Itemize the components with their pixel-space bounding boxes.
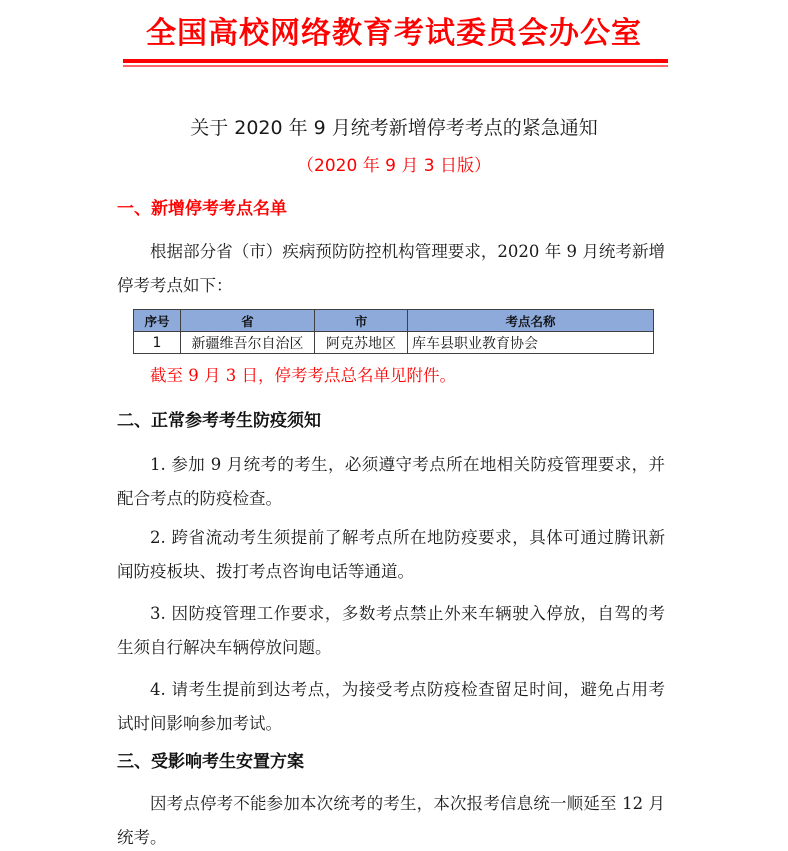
cell-site-name: 库车县职业教育协会: [408, 332, 654, 354]
prevention-item-1: 1. 参加 9 月统考的考生，必须遵守考点所在地相关防疫管理要求，并配合考点的防…: [117, 448, 665, 516]
prevention-item-4: 4. 请考生提前到达考点，为接受考点防疫检查留足时间，避免占用考试时间影响参加考…: [117, 673, 665, 741]
section-heading-closed-sites: 一、新增停考考点名单: [117, 196, 287, 222]
cell-city: 阿克苏地区: [315, 332, 408, 354]
prevention-item-2: 2. 跨省流动考生须提前了解考点所在地防疫要求，具体可通过腾讯新闻防疫板块、拨打…: [117, 521, 665, 589]
header-rule-thin: [123, 65, 668, 67]
organization-title: 全国高校网络教育考试委员会办公室: [0, 14, 788, 54]
closed-sites-note: 截至 9 月 3 日，停考考点总名单见附件。: [117, 359, 665, 393]
table-row: 1 新疆维吾尔自治区 阿克苏地区 库车县职业教育协会: [134, 332, 654, 354]
prevention-item-3: 3. 因防疫管理工作要求，多数考点禁止外来车辆驶入停放，自驾的考生须自行解决车辆…: [117, 597, 665, 665]
column-header-index: 序号: [134, 310, 181, 332]
document-version-date: （2020 年 9 月 3 日版）: [0, 153, 788, 179]
column-header-site-name: 考点名称: [408, 310, 654, 332]
cell-province: 新疆维吾尔自治区: [181, 332, 315, 354]
column-header-city: 市: [315, 310, 408, 332]
column-header-province: 省: [181, 310, 315, 332]
affected-candidates-body: 因考点停考不能参加本次统考的考生，本次报考信息统一顺延至 12 月统考。: [117, 787, 665, 851]
section-heading-affected-candidates: 三、受影响考生安置方案: [117, 749, 304, 775]
section-heading-prevention-notice: 二、正常参考考生防疫须知: [117, 408, 321, 434]
document-title: 关于 2020 年 9 月统考新增停考考点的紧急通知: [0, 114, 788, 142]
header-rule-thick: [123, 59, 668, 63]
section-1-intro: 根据部分省（市）疾病预防防控机构管理要求，2020 年 9 月统考新增停考考点如…: [117, 235, 665, 303]
closed-sites-table: 序号 省 市 考点名称 1 新疆维吾尔自治区 阿克苏地区 库车县职业教育协会: [133, 309, 654, 354]
cell-index: 1: [134, 332, 181, 354]
table-header-row: 序号 省 市 考点名称: [134, 310, 654, 332]
